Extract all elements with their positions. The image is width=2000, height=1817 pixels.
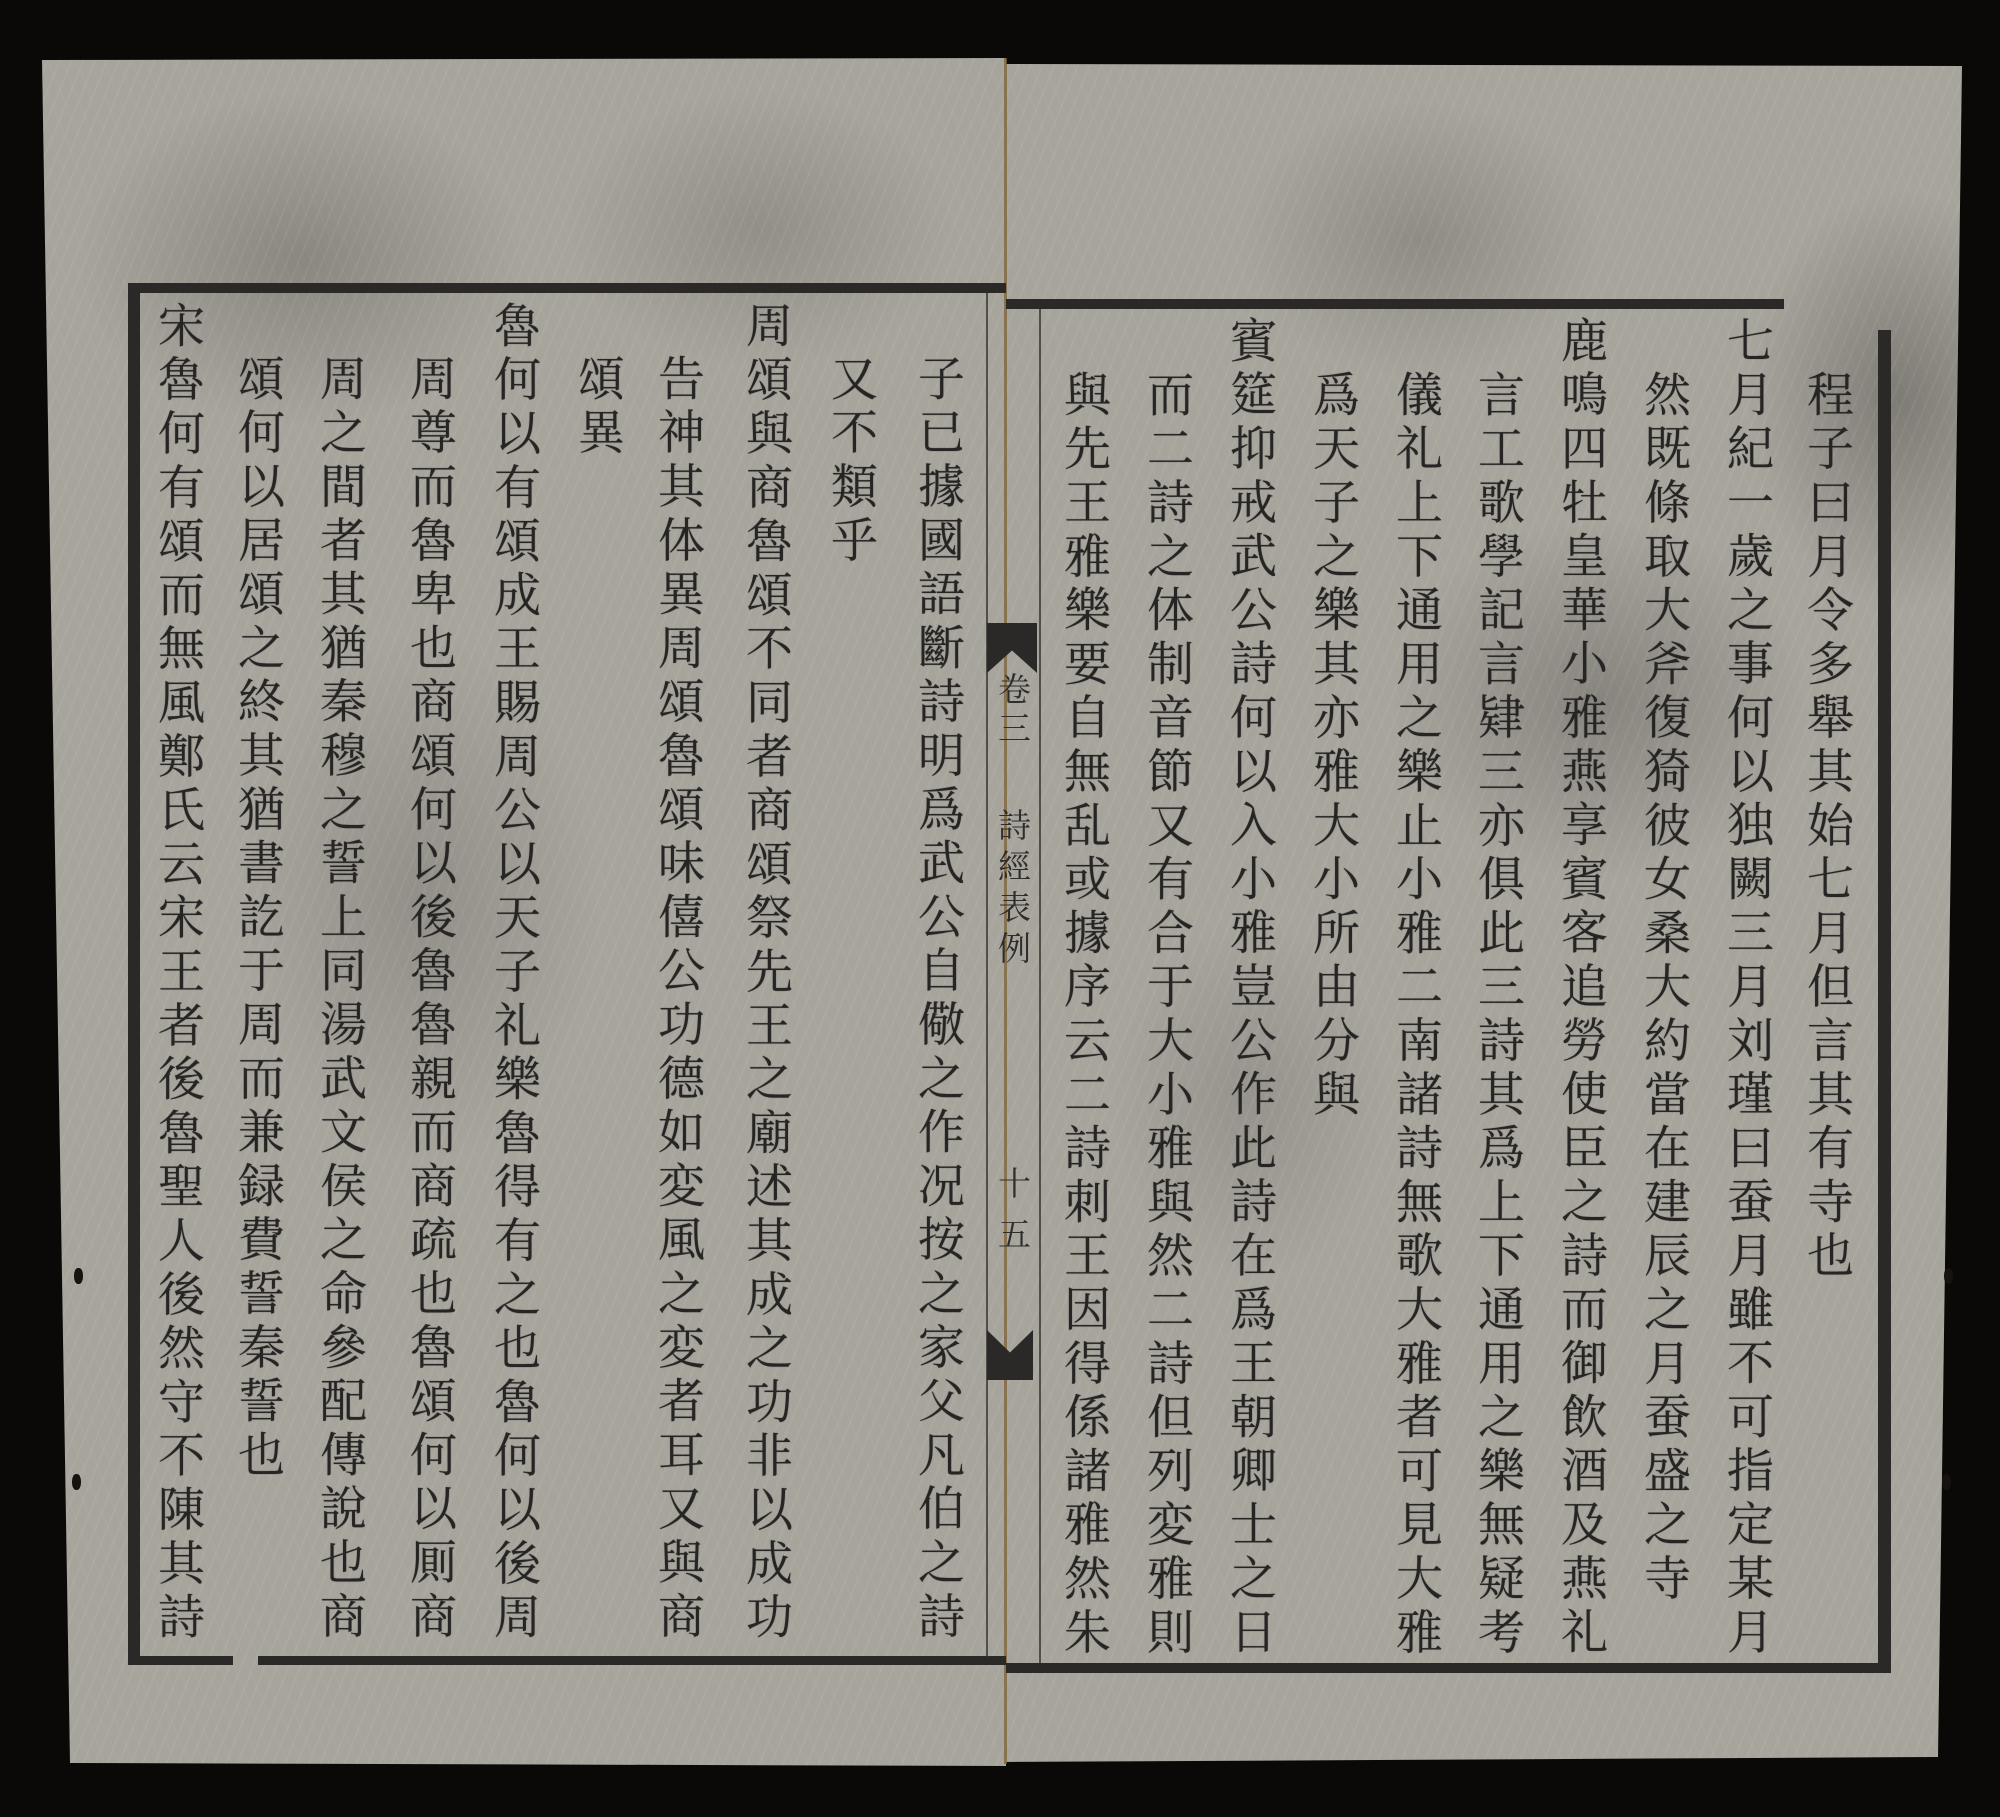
left-frame-left-border <box>128 283 140 1665</box>
text-column: 然既條取大斧復猗彼女桑大約當在建辰之月蚕盛之寺 <box>1632 370 1694 1607</box>
text-column: 與先王雅樂要自無乱或據序云二詩刺王因得係諸雅然朱 <box>1052 370 1114 1661</box>
binding-hole <box>1942 1474 1951 1490</box>
binding-hole <box>72 1474 81 1490</box>
banxin-page-number: 十五 <box>988 1166 1036 1268</box>
text-column: 頌何以居頌之終其猶書訖于周而兼録費誓秦誓也 <box>226 354 288 1484</box>
text-column: 爲天子之樂其亦雅大小所由分與 <box>1301 370 1363 1123</box>
text-column: 宋魯何有頌而無風鄭氏云宋王者後魯聖人後然守不陳其詩 <box>146 301 208 1646</box>
text-column: 魯何以有頌成王賜周公以天子礼樂魯得有之也魯何以後周 <box>482 301 544 1646</box>
text-column: 頌異 <box>566 354 628 462</box>
left-frame-bottom-border <box>128 1656 233 1665</box>
left-frame-bottom-border <box>258 1656 1006 1665</box>
right-frame-right-border <box>1878 330 1891 1673</box>
binding-hole <box>1944 1268 1953 1284</box>
banxin-title: 詩經表例 <box>988 808 1036 972</box>
text-column: 而二詩之体制音節又有合于大小雅與然二詩但列変雅則 <box>1135 370 1197 1661</box>
banxin-left-line <box>986 293 988 1657</box>
text-column: 程子曰月令多舉其始七月但言其有寺也 <box>1795 370 1857 1285</box>
text-column: 子已據國語斷詩明爲武公自儆之作况按之家父凡伯之詩 <box>906 354 968 1645</box>
book-spread: 卷三 詩經表例 十五 程子曰月令多舉其始七月但言其有寺也 七月紀一歲之事何以独闕… <box>0 0 2000 1817</box>
text-column: 七月紀一歲之事何以独闕三月刘瑾曰蚕月雖不可指定某月 <box>1715 316 1777 1661</box>
text-column: 周之間者其猶秦穆之誓上同湯武文侯之命參配傳說也商 <box>308 354 370 1645</box>
text-column: 言工歌學記言肄三亦俱此三詩其爲上下通用之樂無疑考 <box>1466 370 1528 1661</box>
text-column: 周頌與商魯頌不同者商頌祭先王之廟述其成之功非以成功 <box>734 301 796 1646</box>
text-column: 周尊而魯卑也商頌何以後魯魯親而商疏也魯頌何以厠商 <box>398 354 460 1645</box>
text-column: 賓筵抑戒武公詩何以入小雅豈公作此詩在爲王朝卿士之日 <box>1218 316 1280 1661</box>
right-frame-top-border <box>1006 299 1784 309</box>
left-frame-top-border <box>128 283 1006 293</box>
text-column: 又不類乎 <box>819 354 881 569</box>
text-column: 告神其体異周頌魯頌味僖公功德如変風之変者耳又與商 <box>646 354 708 1645</box>
text-column: 儀礼上下通用之樂止小雅二南諸詩無歌大雅者可見大雅 <box>1384 370 1446 1661</box>
text-column: 鹿鳴四牡皇華小雅燕享賓客追勞使臣之詩而御飲酒及燕礼 <box>1549 316 1611 1661</box>
binding-hole <box>74 1268 83 1284</box>
right-frame-bottom-border <box>1006 1663 1891 1673</box>
banxin-right-line <box>1039 309 1041 1663</box>
banxin-juan: 卷三 <box>988 672 1036 750</box>
